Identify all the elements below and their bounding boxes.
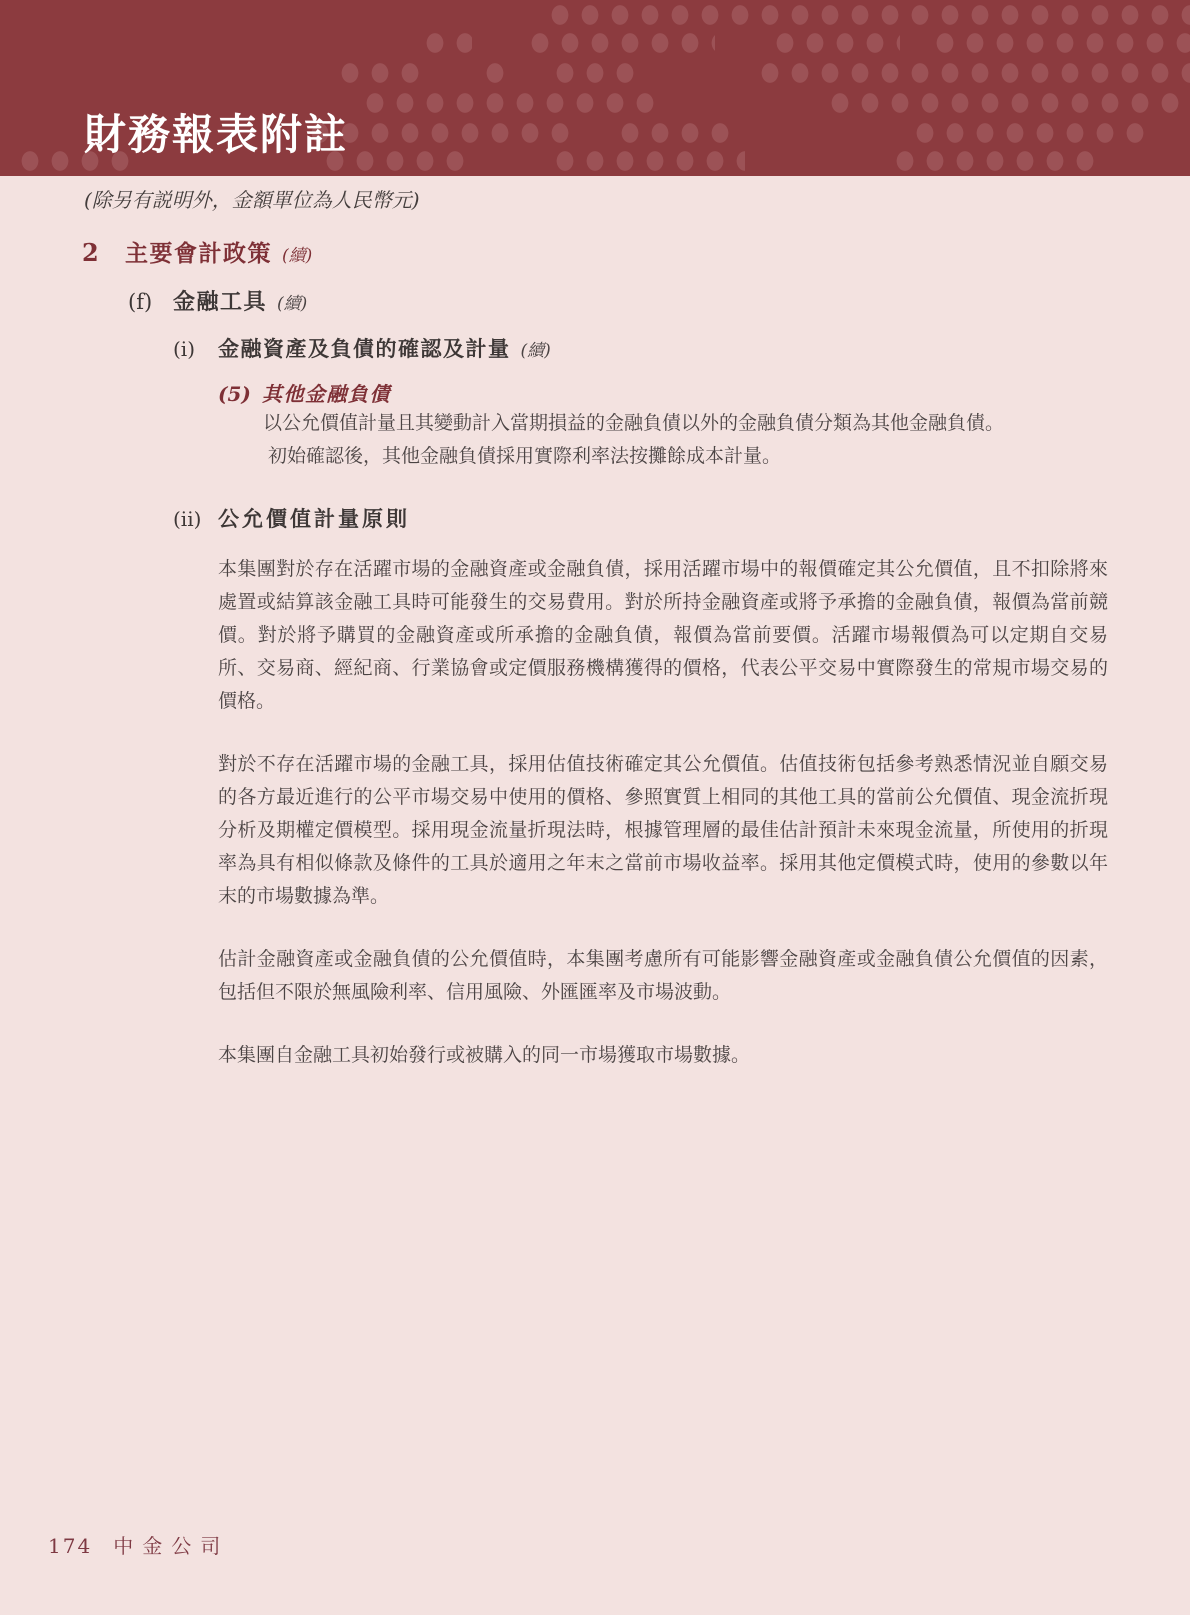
subsection-f-title: 金融工具 — [173, 285, 267, 316]
subsection-i-label: (i) — [173, 337, 218, 361]
section-number: 2 — [82, 238, 125, 267]
item-5: (5) 其他金融負債 以公允價值計量且其變動計入當期損益的金融負債以外的金融負債… — [218, 378, 1108, 473]
item-5-title: 其他金融負債 — [262, 378, 391, 407]
subsection-ii: (ii) 公允價值計量原則 本集團對於存在活躍市場的金融資產或金融負債，採用活躍… — [173, 503, 1108, 1072]
item-5-paragraph: 初始確認後，其他金融負債採用實際利率法按攤餘成本計量。 — [263, 440, 1108, 473]
subsection-i-heading: (i) 金融資產及負債的確認及計量 (續) — [173, 333, 1108, 363]
subsection-i-title: 金融資產及負債的確認及計量 — [218, 333, 511, 363]
subsection-f-label: (f) — [128, 290, 173, 314]
header-band: 財務報表附註 — [0, 0, 1190, 176]
subsection-f-heading: (f) 金融工具 (續) — [128, 285, 1108, 316]
subsection-ii-paragraph: 對於不存在活躍市場的金融工具，採用估值技術確定其公允價值。估值技術包括參考熟悉情… — [218, 748, 1108, 913]
section-heading: 2 主要會計政策 (續) — [82, 235, 1108, 268]
section-title: 主要會計政策 — [125, 235, 272, 268]
page-footer: 174 中金公司 — [48, 1530, 229, 1559]
document-body: 2 主要會計政策 (續) (f) 金融工具 (續) (i) 金融資產及負債的確認… — [82, 235, 1108, 1072]
page-number: 174 — [48, 1534, 92, 1558]
subsection-i-continued-tag: (續) — [521, 336, 551, 361]
subsection-f-continued-tag: (續) — [277, 289, 307, 314]
subsection-ii-paragraph: 本集團自金融工具初始發行或被購入的同一市場獲取市場數據。 — [218, 1039, 1108, 1072]
item-5-heading: (5) 其他金融負債 — [218, 378, 1108, 407]
subsection-i: (i) 金融資產及負債的確認及計量 (續) (5) 其他金融負債 以公允價值計量… — [173, 333, 1108, 473]
item-5-paragraph: 以公允價值計量且其變動計入當期損益的金融負債以外的金融負債分類為其他金融負債。 — [263, 407, 1108, 440]
subsection-ii-title: 公允價值計量原則 — [218, 503, 410, 533]
page-title: 財務報表附註 — [84, 102, 348, 162]
subsection-ii-label: (ii) — [173, 507, 218, 531]
subsection-f: (f) 金融工具 (續) (i) 金融資產及負債的確認及計量 (續) (5) 其… — [128, 285, 1108, 1072]
section-continued-tag: (續) — [282, 241, 312, 266]
subsection-ii-paragraph: 本集團對於存在活躍市場的金融資產或金融負債，採用活躍市場中的報價確定其公允價值，… — [218, 553, 1108, 718]
subsection-ii-paragraph: 估計金融資產或金融負債的公允價值時，本集團考慮所有可能影響金融資產或金融負債公允… — [218, 943, 1108, 1009]
subsection-ii-heading: (ii) 公允價值計量原則 — [173, 503, 1108, 533]
item-5-label: (5) — [218, 382, 262, 406]
currency-note: (除另有説明外，金額單位為人民幣元) — [84, 184, 1190, 213]
company-name: 中金公司 — [113, 1534, 229, 1558]
